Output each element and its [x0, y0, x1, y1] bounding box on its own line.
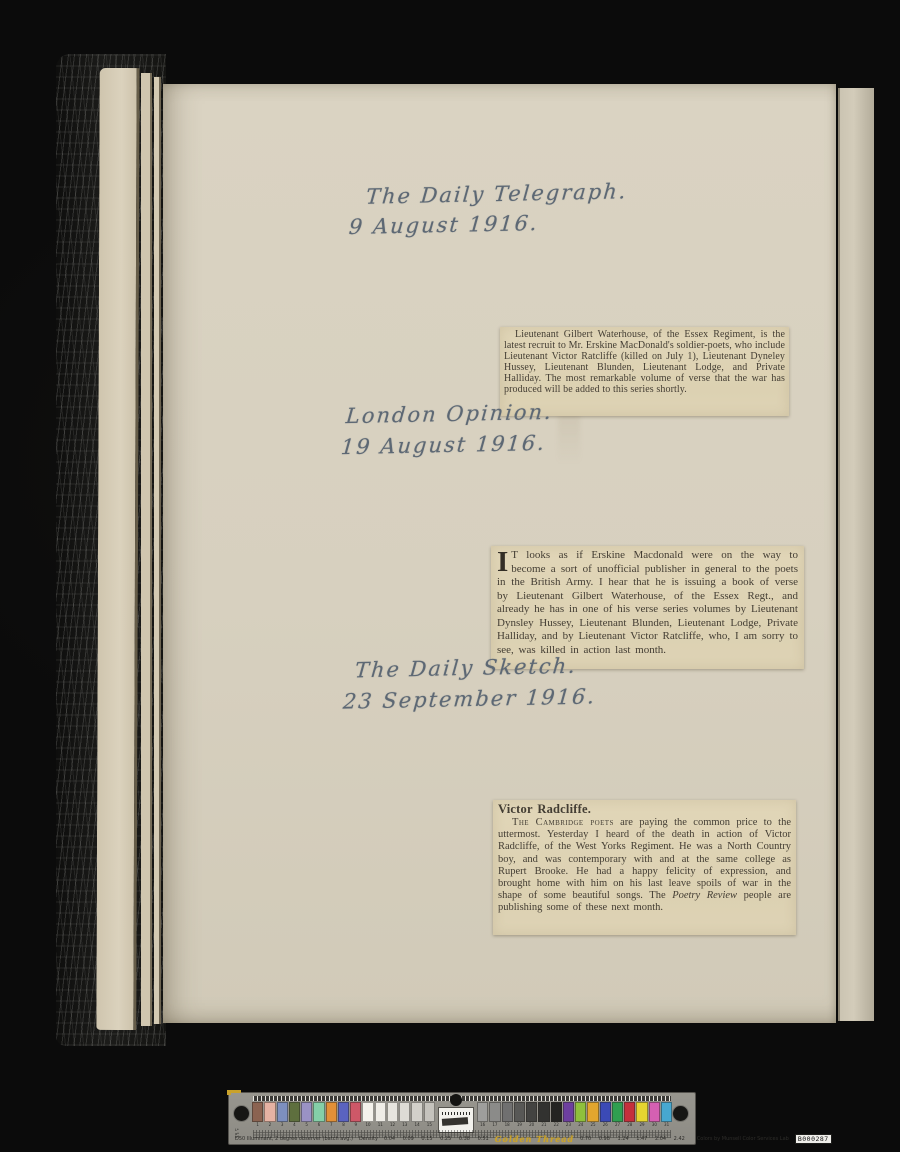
color-patch: 31: [661, 1102, 672, 1127]
gold-corner-mark: [227, 1090, 241, 1095]
color-patch: 20: [526, 1102, 537, 1127]
color-patch: 12: [387, 1102, 398, 1127]
registration-dot-left: [234, 1106, 249, 1121]
facing-page-edge: [838, 88, 874, 1021]
color-patch: 23: [563, 1102, 574, 1127]
color-patch: 14: [411, 1102, 422, 1127]
color-patch: 15: [424, 1102, 435, 1127]
scrapbook-page: The Daily Telegraph. 9 August 1916. Lieu…: [163, 84, 836, 1023]
color-patch: 3: [277, 1102, 288, 1127]
color-patch: 22: [551, 1102, 562, 1127]
color-patch: 5: [301, 1102, 312, 1127]
clipping-2-body: T looks as if Erskine Macdonald were on …: [497, 549, 798, 656]
color-patch: 25: [587, 1102, 598, 1127]
news-clipping-2: IT looks as if Erskine Macdonald were on…: [491, 546, 804, 669]
color-calibration-bar: 1234567891011121314151617181920212223242…: [228, 1092, 696, 1145]
density-values-left: 0.04 0.09 0.15 0.25 0.38 0.51: [384, 1136, 489, 1142]
serial-number: B000287: [795, 1134, 832, 1144]
color-patch: 21: [538, 1102, 549, 1127]
color-patch: 4: [289, 1102, 300, 1127]
handwritten-date-2: 19 August 1916.: [340, 431, 547, 459]
clipping-3-italic-title: Poetry Review: [672, 890, 737, 901]
drop-cap: I: [497, 550, 508, 574]
color-patch: 18: [502, 1102, 513, 1127]
illuminant-label: D50 Illuminant, 2 degree observer (batch…: [235, 1136, 353, 1142]
color-patch: 11: [375, 1102, 386, 1127]
color-patch: 7: [326, 1102, 337, 1127]
color-patch: 8: [338, 1102, 349, 1127]
color-patch: 9: [350, 1102, 361, 1127]
resolution-wedge: [442, 1117, 468, 1126]
clipping-2-text: IT looks as if Erskine Macdonald were on…: [497, 549, 798, 657]
handwritten-source-3: The Daily Sketch.: [354, 654, 578, 683]
handwritten-source-2: London Opinion.: [345, 400, 554, 428]
page-edge-stack: [96, 68, 139, 1030]
color-patch: 27: [612, 1102, 623, 1127]
density-values-right: 0.70 0.98 1.24 1.47 2.04 2.42: [580, 1136, 685, 1142]
registration-dot-center: [450, 1094, 462, 1106]
page-edge-stack: [141, 73, 152, 1026]
color-patch: 6: [313, 1102, 324, 1127]
patch-row: 1234567891011121314151617181920212223242…: [233, 1102, 691, 1127]
color-patch: 29: [636, 1102, 647, 1127]
ruler-ticks: [253, 1096, 671, 1101]
handwritten-date-3: 23 September 1916.: [342, 684, 597, 713]
clipping-3-headline: Victor Radcliffe.: [498, 802, 791, 817]
clipping-3-body-a: are paying the common price to the utter…: [498, 817, 791, 901]
color-patch: 30: [649, 1102, 660, 1127]
page-edge-stack: [154, 77, 161, 1024]
color-patch: 16: [477, 1102, 488, 1127]
color-patch: 24: [575, 1102, 586, 1127]
golden-thread-logo: Golden Thread: [495, 1134, 574, 1144]
handwritten-source-1: The Daily Telegraph.: [365, 179, 629, 209]
density-label: Density: [359, 1136, 378, 1142]
color-patch: 17: [489, 1102, 500, 1127]
color-patch: 13: [399, 1102, 410, 1127]
focus-resolution-target: [436, 1102, 476, 1127]
color-patch: 10: [362, 1102, 373, 1127]
news-clipping-3: Victor Radcliffe. The Cambridge poets ar…: [493, 800, 796, 935]
color-patch: 2: [264, 1102, 275, 1127]
color-patch: 19: [514, 1102, 525, 1127]
registration-dot-right: [673, 1106, 688, 1121]
colorbar-strip: 1234567891011121314151617181920212223242…: [252, 1102, 672, 1127]
handwritten-date-1: 9 August 1916.: [348, 211, 540, 239]
munsell-credit: Colors by Munsell Color Services Lab: [697, 1136, 789, 1142]
clipping-3-lead: The Cambridge poets: [512, 817, 614, 828]
color-patch: 1: [252, 1102, 263, 1127]
clipping-1-text: Lieutenant Gilbert Waterhouse, of the Es…: [504, 329, 785, 396]
color-patch: 26: [600, 1102, 611, 1127]
color-patch: 28: [624, 1102, 635, 1127]
photo-background: The Daily Telegraph. 9 August 1916. Lieu…: [0, 0, 900, 1152]
colorbar-footer: D50 Illuminant, 2 degree observer (batch…: [235, 1135, 691, 1143]
resolution-ticks: [442, 1112, 470, 1115]
clipping-3-text: The Cambridge poets are paying the commo…: [498, 817, 791, 915]
